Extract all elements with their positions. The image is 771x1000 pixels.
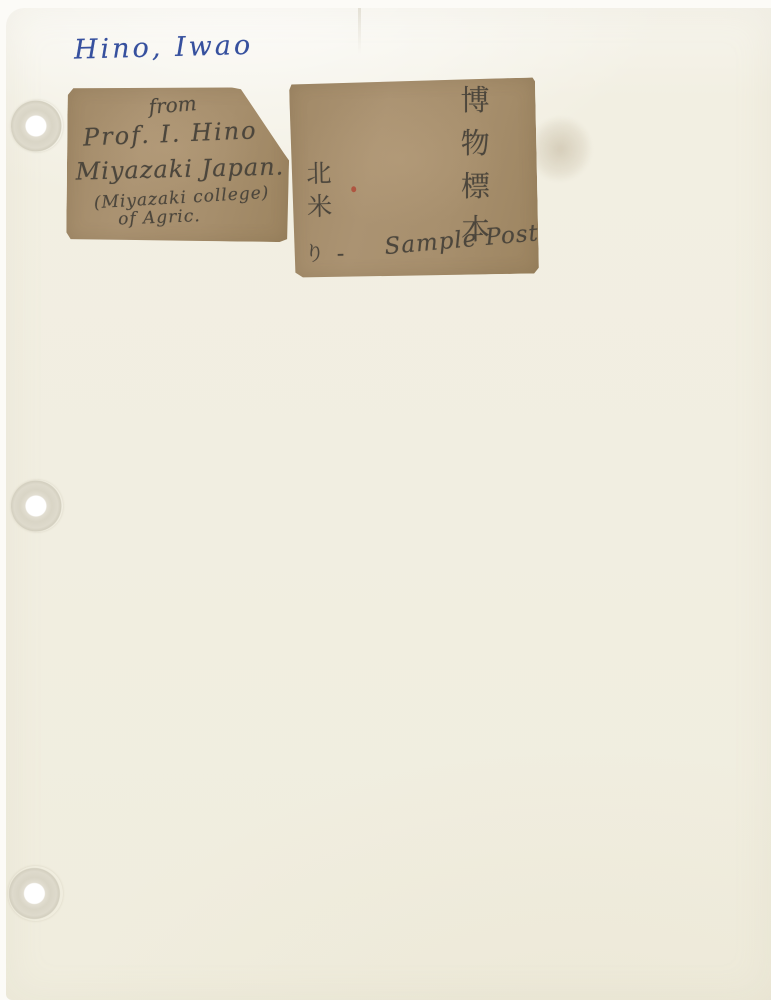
punch-hole-top bbox=[11, 100, 63, 152]
handwritten-name: Hino, Iwao bbox=[74, 29, 275, 65]
left-label-line-city: Miyazaki Japan. bbox=[69, 152, 292, 185]
punch-hole-bottom bbox=[8, 866, 63, 921]
paper-crease bbox=[358, 8, 361, 54]
scanned-album-sheet: { "page": { "handwritten_title": "Hino, … bbox=[0, 0, 771, 1000]
japanese-origin-text: 北米 bbox=[299, 160, 336, 227]
japanese-origin-suffix: -り bbox=[298, 241, 353, 278]
red-speck bbox=[351, 186, 356, 192]
punch-hole-middle bbox=[11, 480, 63, 532]
right-kraft-label: 博物標本 北米 -り Sample Post bbox=[289, 77, 539, 278]
album-page: Hino, Iwao from Prof. I. Hino Miyazaki J… bbox=[6, 8, 771, 1000]
left-kraft-label: from Prof. I. Hino Miyazaki Japan. (Miya… bbox=[66, 86, 290, 242]
